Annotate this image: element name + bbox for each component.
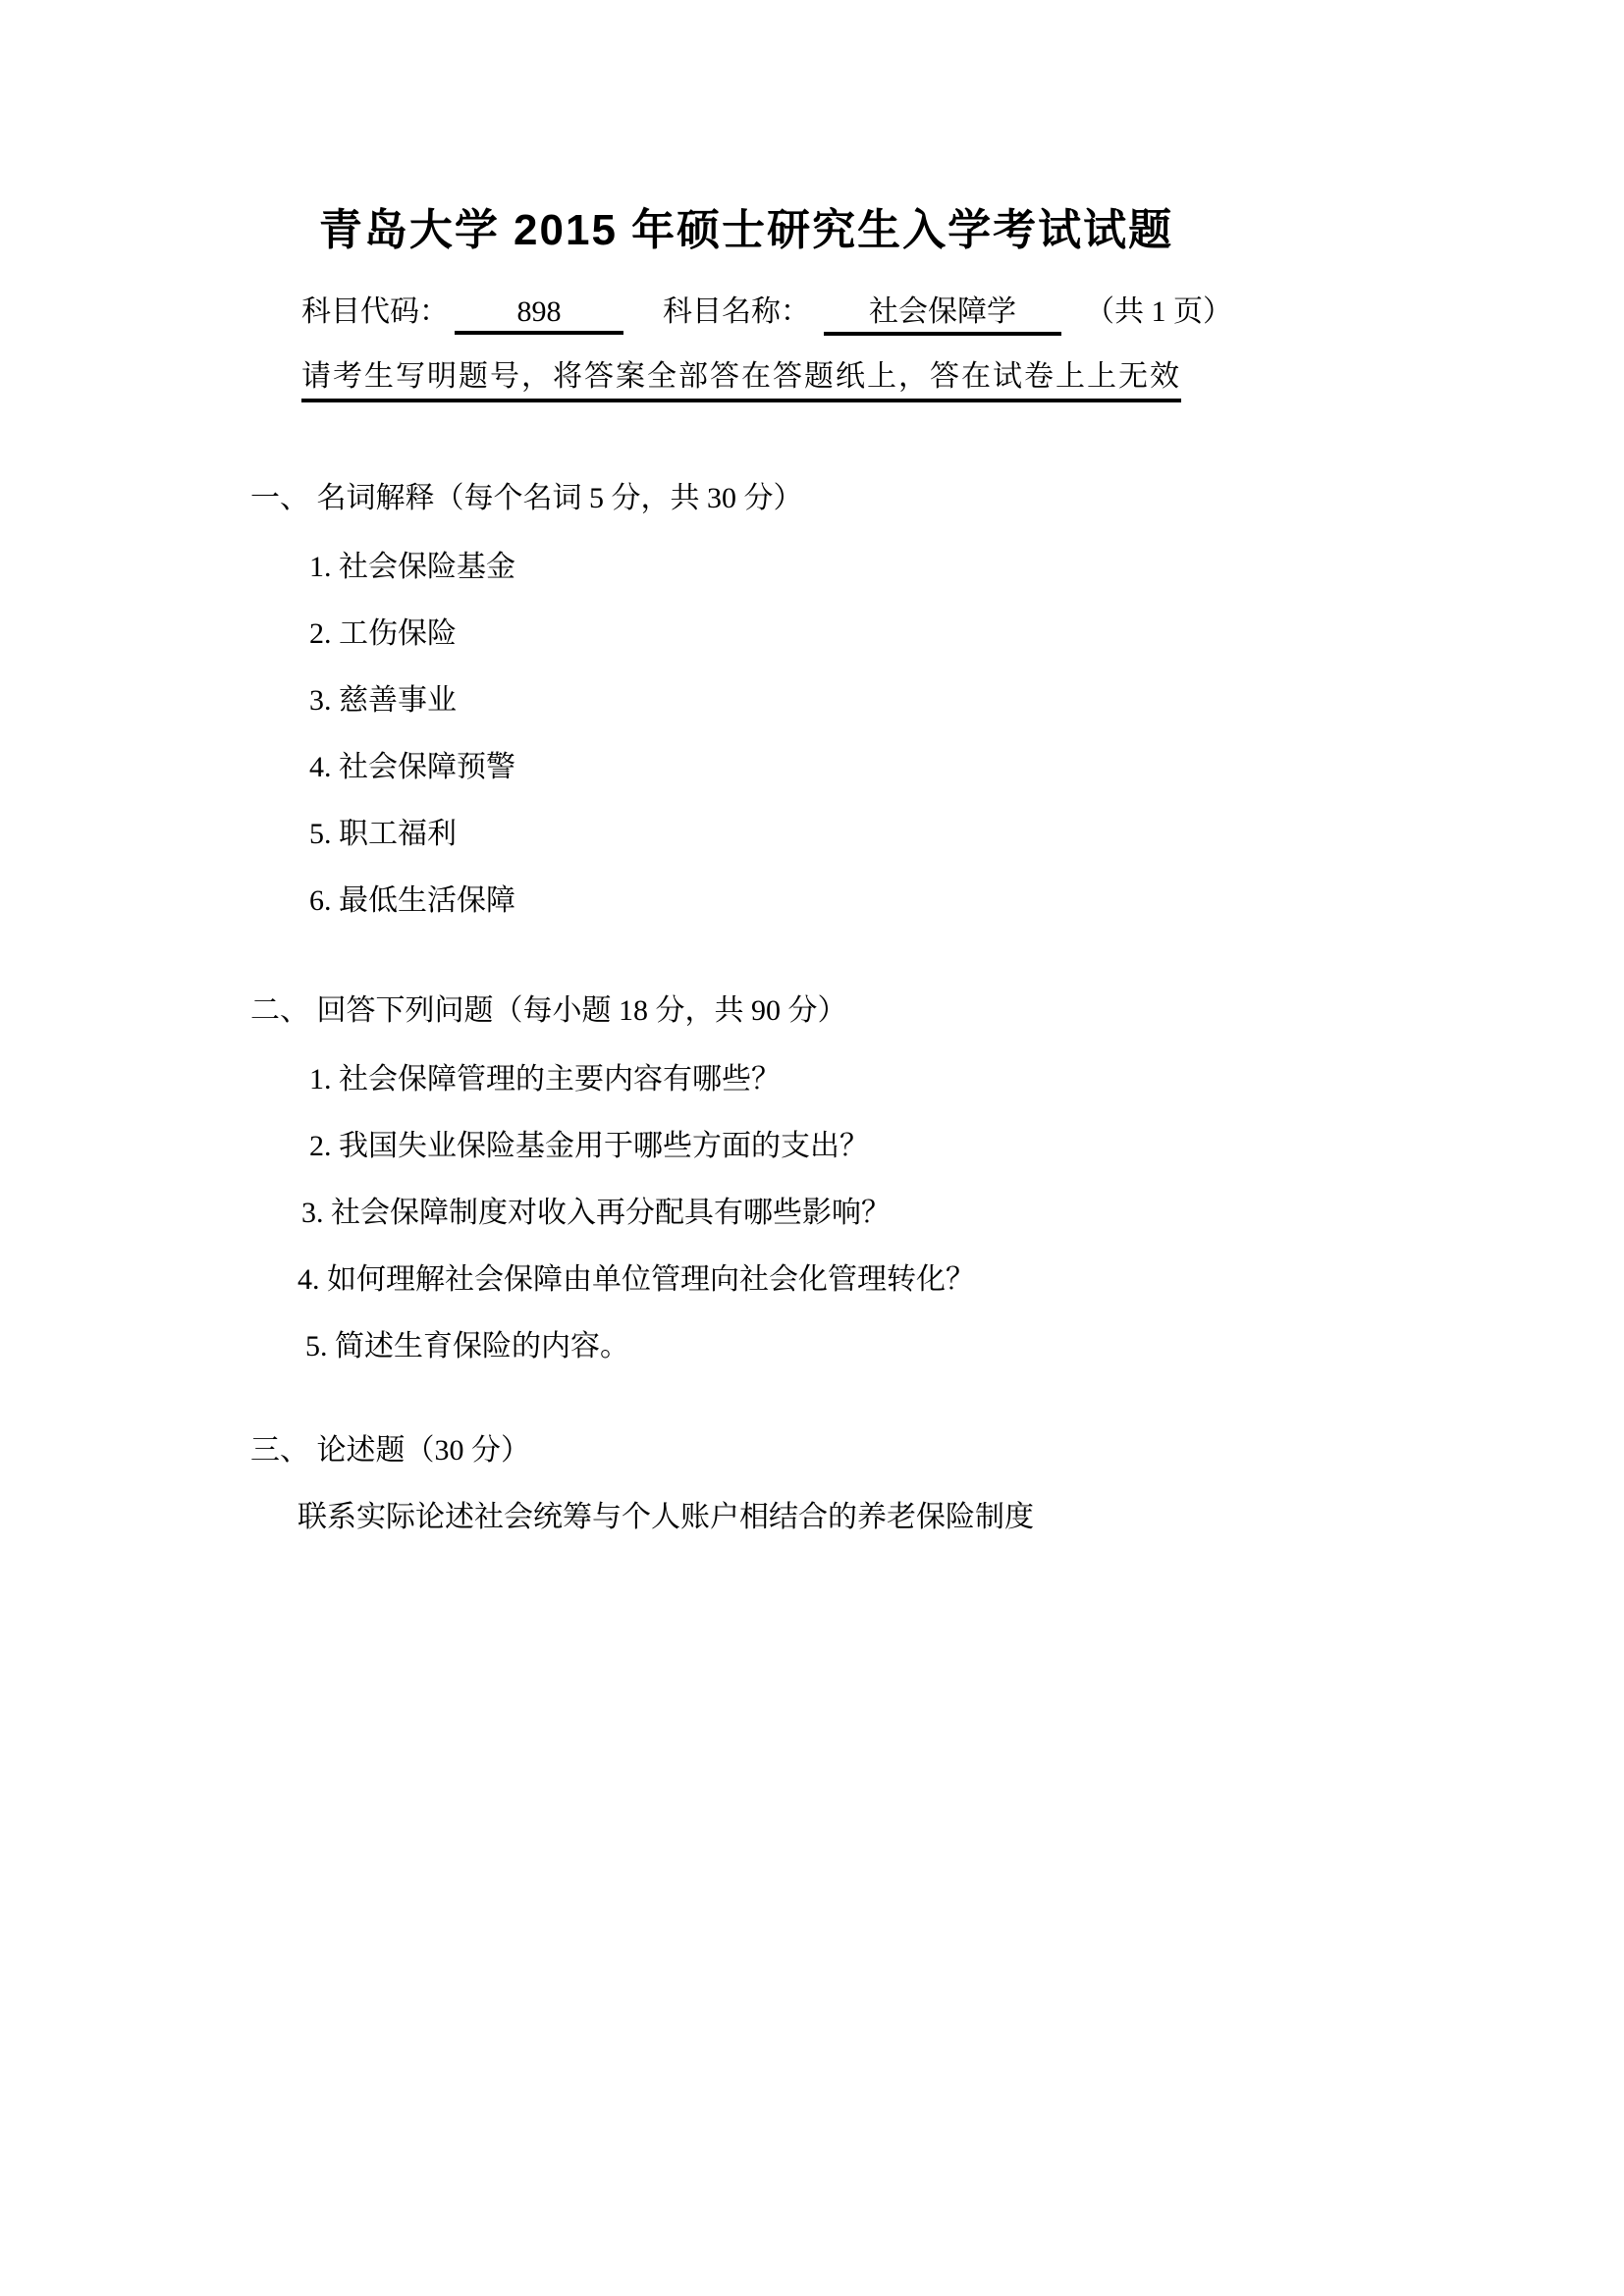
question-item: 5. 简述生育保险的内容。 — [250, 1321, 1242, 1364]
definition-item: 5. 职工福利 — [250, 809, 1242, 852]
exam-paper-page: 青岛大学 2015 年硕士研究生入学考试试题 科目代码：898科目名称：社会保障… — [0, 0, 1624, 2296]
pages-note: （共 1 页） — [1085, 295, 1232, 328]
definition-item: 4. 社会保障预警 — [250, 742, 1242, 785]
section-short-answer: 二、 回答下列问题（每小题 18 分，共 90 分） 1. 社会保障管理的主要内… — [250, 986, 1242, 1364]
essay-question: 联系实际论述社会统筹与个人账户相结合的养老保险制度 — [250, 1492, 1242, 1535]
subject-code-value: 898 — [455, 295, 623, 335]
subject-code-label: 科目代码： — [301, 295, 449, 328]
question-item: 3. 社会保障制度对收入再分配具有哪些影响？ — [250, 1188, 1242, 1231]
definition-item: 3. 慈善事业 — [250, 675, 1242, 719]
definition-item: 1. 社会保险基金 — [250, 542, 1242, 585]
subject-name-label: 科目名称： — [663, 295, 810, 328]
notice-line: 请考生写明题号，将答案全部答在答题纸上，答在试卷上上无效 — [250, 351, 1242, 402]
question-item: 4. 如何理解社会保障由单位管理向社会化管理转化？ — [250, 1255, 1242, 1298]
section-short-answer-heading: 二、 回答下列问题（每小题 18 分，共 90 分） — [250, 986, 1242, 1029]
section-definitions: 一、 名词解释（每个名词 5 分，共 30 分） 1. 社会保险基金 2. 工伤… — [250, 473, 1242, 919]
subject-name-value: 社会保障学 — [824, 287, 1061, 336]
definition-item: 2. 工伤保险 — [250, 609, 1242, 652]
section-essay: 三、 论述题（30 分） 联系实际论述社会统筹与个人账户相结合的养老保险制度 — [250, 1425, 1242, 1535]
subject-meta-line: 科目代码：898科目名称：社会保障学（共 1 页） — [250, 287, 1242, 336]
page-title: 青岛大学 2015 年硕士研究生入学考试试题 — [250, 194, 1242, 257]
notice-text: 请考生写明题号，将答案全部答在答题纸上，答在试卷上上无效 — [301, 351, 1181, 402]
exam-content: 青岛大学 2015 年硕士研究生入学考试试题 科目代码：898科目名称：社会保障… — [250, 194, 1242, 1535]
definition-item: 6. 最低生活保障 — [250, 876, 1242, 919]
section-essay-heading: 三、 论述题（30 分） — [250, 1425, 1242, 1468]
question-item: 1. 社会保障管理的主要内容有哪些？ — [250, 1054, 1242, 1097]
section-definitions-heading: 一、 名词解释（每个名词 5 分，共 30 分） — [250, 473, 1242, 516]
question-item: 2. 我国失业保险基金用于哪些方面的支出？ — [250, 1121, 1242, 1164]
